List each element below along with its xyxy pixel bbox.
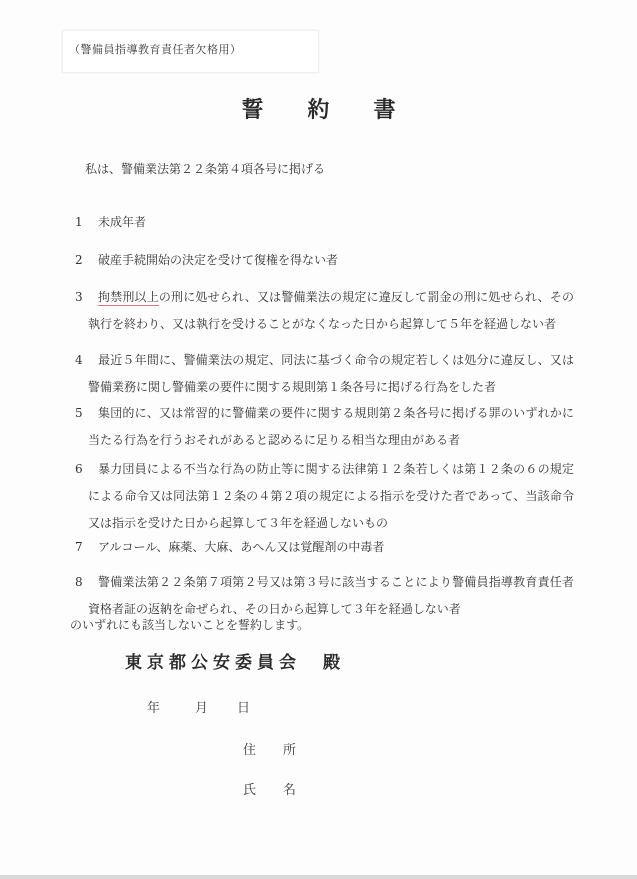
addressee: 東京都公安委員会 殿 <box>125 651 345 675</box>
item-number: 6 <box>75 456 88 483</box>
item-text: 最近５年間に、警備業法の規定、同法に基づく命令の規定若しくは処分に違反し、又は警… <box>88 353 574 394</box>
item-number: 8 <box>75 569 88 596</box>
pledge-item-1: 1未成年者 <box>88 209 574 236</box>
item-text: 破産手続開始の決定を受けて復権を得ない者 <box>98 253 338 267</box>
item-text: の刑に処せられ、又は警備業法の規定に違反して罰金の刑に処せられ、その執行を終わり… <box>88 290 574 331</box>
pledge-item-5: 5集団的に、又は常習的に警備業の要件に関する規則第２条各号に掲げる罪のいずれかに… <box>88 400 574 454</box>
address-label-second: 所 <box>283 743 296 758</box>
corner-label-box: （警備員指導教育責任者欠格用） <box>62 30 319 73</box>
name-label-first: 氏 <box>243 783 256 798</box>
item-number: 4 <box>75 347 88 374</box>
name-label-second: 名 <box>283 783 296 798</box>
item-text: アルコール、麻薬、大麻、あへん又は覚醒剤の中毒者 <box>98 540 384 554</box>
item-text: 集団的に、又は常習的に警備業の要件に関する規則第２条各号に掲げる罪のいずれかに当… <box>88 406 574 447</box>
closing-statement: のいずれにも該当しないことを誓約します。 <box>70 612 309 639</box>
pledge-item-2: 2破産手続開始の決定を受けて復権を得ない者 <box>88 247 574 274</box>
intro-text: 私は、警備業法第２２条第４項各号に掲げる <box>85 156 325 183</box>
year-label: 年 <box>147 701 160 716</box>
item-number: 3 <box>75 284 88 311</box>
item-number: 1 <box>75 209 88 236</box>
address-label-first: 住 <box>243 743 256 758</box>
pledge-item-7: 7アルコール、麻薬、大麻、あへん又は覚醒剤の中毒者 <box>88 534 574 561</box>
pledge-item-4: 4最近５年間に、警備業法の規定、同法に基づく命令の規定若しくは処分に違反し、又は… <box>88 347 574 401</box>
item-number: 2 <box>75 247 88 274</box>
item-text: 暴力団員による不当な行為の防止等に関する法律第１２条若しくは第１２条の６の規定に… <box>88 462 574 530</box>
item-text-underlined: 拘禁刑以上 <box>98 290 159 306</box>
item-text: 警備業法第２２条第７項第２号又は第３号に該当することにより警備員指導教育責任者資… <box>88 575 574 616</box>
date-line: 年月日 <box>147 699 250 719</box>
address-field-label: 住所 <box>243 741 296 761</box>
item-number: 7 <box>75 534 88 561</box>
pledge-document-page: （警備員指導教育責任者欠格用） 誓 約 書 私は、警備業法第２２条第４項各号に掲… <box>0 0 637 879</box>
corner-label: （警備員指導教育責任者欠格用） <box>69 41 242 57</box>
name-field-label: 氏名 <box>243 781 296 801</box>
document-title: 誓 約 書 <box>0 94 637 126</box>
item-text: 未成年者 <box>98 215 146 229</box>
pledge-item-6: 6暴力団員による不当な行為の防止等に関する法律第１２条若しくは第１２条の６の規定… <box>88 456 574 537</box>
item-number: 5 <box>75 400 88 427</box>
page-bottom-edge <box>0 875 637 879</box>
month-label: 月 <box>195 701 208 716</box>
pledge-item-3: 3拘禁刑以上の刑に処せられ、又は警備業法の規定に違反して罰金の刑に処せられ、その… <box>88 284 574 338</box>
day-label: 日 <box>237 701 250 716</box>
